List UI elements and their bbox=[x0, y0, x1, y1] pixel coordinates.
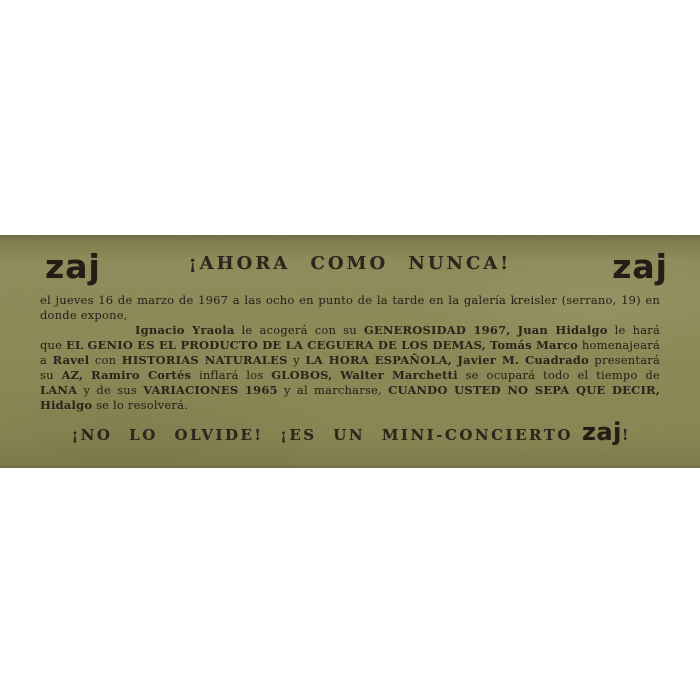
body-line: el jueves 16 de marzo de 1967 a las ocho… bbox=[40, 293, 660, 308]
body-line: Ignacio Yraola le acogerá con su GENEROS… bbox=[40, 323, 660, 338]
body-line: su AZ, Ramiro Cortés inflará los GLOBOS,… bbox=[40, 368, 660, 383]
body-line: LANA y de sus VARIACIONES 1965 y al marc… bbox=[40, 383, 660, 398]
flyer: zaj ¡AHORA COMO NUNCA! zaj el jueves 16 … bbox=[0, 235, 700, 468]
zaj-logo-right: zaj bbox=[612, 250, 668, 283]
headline: ¡AHORA COMO NUNCA! bbox=[0, 255, 700, 273]
body-line: Hidalgo se lo resolverá. bbox=[40, 398, 660, 413]
body-line: que EL GENIO ES EL PRODUCTO DE LA CEGUER… bbox=[40, 338, 660, 353]
body-line: donde expone, bbox=[40, 308, 660, 323]
footer-shout: ¡NO LO OLVIDE! ¡ES UN MINI-CONCIERTO bbox=[72, 426, 573, 444]
body-line: a Ravel con HISTORIAS NATURALES y LA HOR… bbox=[40, 353, 660, 368]
footer-bang: ! bbox=[622, 426, 629, 444]
scanned-page: { "flyer": { "colors": { "paper": "#918f… bbox=[0, 0, 700, 700]
footer-line: ¡NO LO OLVIDE! ¡ES UN MINI-CONCIERTOzaj! bbox=[0, 418, 700, 446]
zaj-logo-footer: zaj bbox=[582, 418, 622, 446]
body-text: el jueves 16 de marzo de 1967 a las ocho… bbox=[40, 293, 660, 413]
